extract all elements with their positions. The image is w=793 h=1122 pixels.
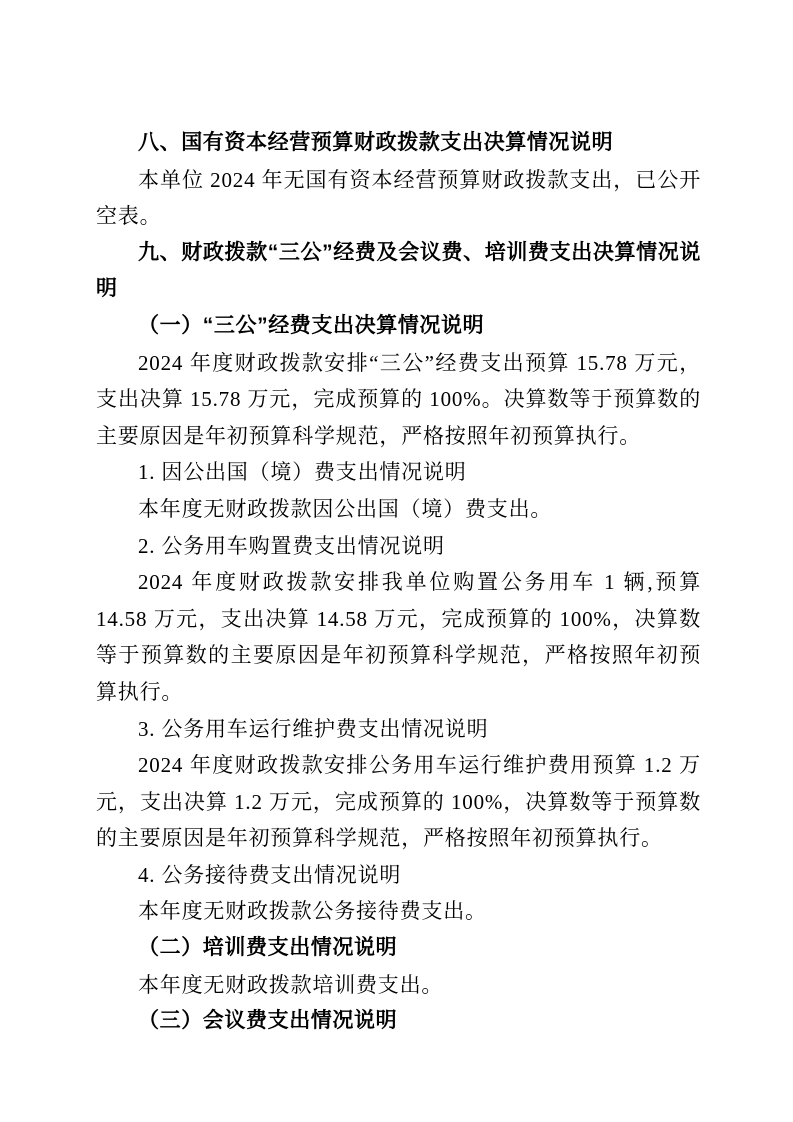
sangong-expense-heading: （一）“三公”经费支出决算情况说明 xyxy=(96,308,701,345)
sangong-overview-paragraph: 2024 年度财政拨款安排“三公”经费支出预算 15.78 万元，支出决算 15… xyxy=(96,345,701,455)
abroad-fee-paragraph: 本年度无财政拨款因公出国（境）费支出。 xyxy=(96,491,701,528)
training-fee-heading: （二）培训费支出情况说明 xyxy=(96,930,701,967)
document-page: 八、国有资本经营预算财政拨款支出决算情况说明 本单位 2024 年无国有资本经营… xyxy=(0,0,793,1122)
training-fee-paragraph: 本年度无财政拨款培训费支出。 xyxy=(96,967,701,1004)
vehicle-purchase-heading: 2. 公务用车购置费支出情况说明 xyxy=(96,528,701,565)
reception-fee-heading: 4. 公务接待费支出情况说明 xyxy=(96,857,701,894)
vehicle-maintenance-paragraph: 2024 年度财政拨款安排公务用车运行维护费用预算 1.2 万元，支出决算 1.… xyxy=(96,747,701,857)
abroad-fee-heading: 1. 因公出国（境）费支出情况说明 xyxy=(96,454,701,491)
section-8-heading: 八、国有资本经营预算财政拨款支出决算情况说明 xyxy=(96,125,701,162)
meeting-fee-heading: （三）会议费支出情况说明 xyxy=(96,1003,701,1040)
vehicle-maintenance-heading: 3. 公务用车运行维护费支出情况说明 xyxy=(96,711,701,748)
vehicle-purchase-paragraph: 2024 年度财政拨款安排我单位购置公务用车 1 辆,预算 14.58 万元，支… xyxy=(96,564,701,710)
reception-fee-paragraph: 本年度无财政拨款公务接待费支出。 xyxy=(96,893,701,930)
section-9-heading: 九、财政拨款“三公”经费及会议费、培训费支出决算情况说明 xyxy=(96,235,701,308)
section-8-paragraph: 本单位 2024 年无国有资本经营预算财政拨款支出，已公开空表。 xyxy=(96,162,701,235)
